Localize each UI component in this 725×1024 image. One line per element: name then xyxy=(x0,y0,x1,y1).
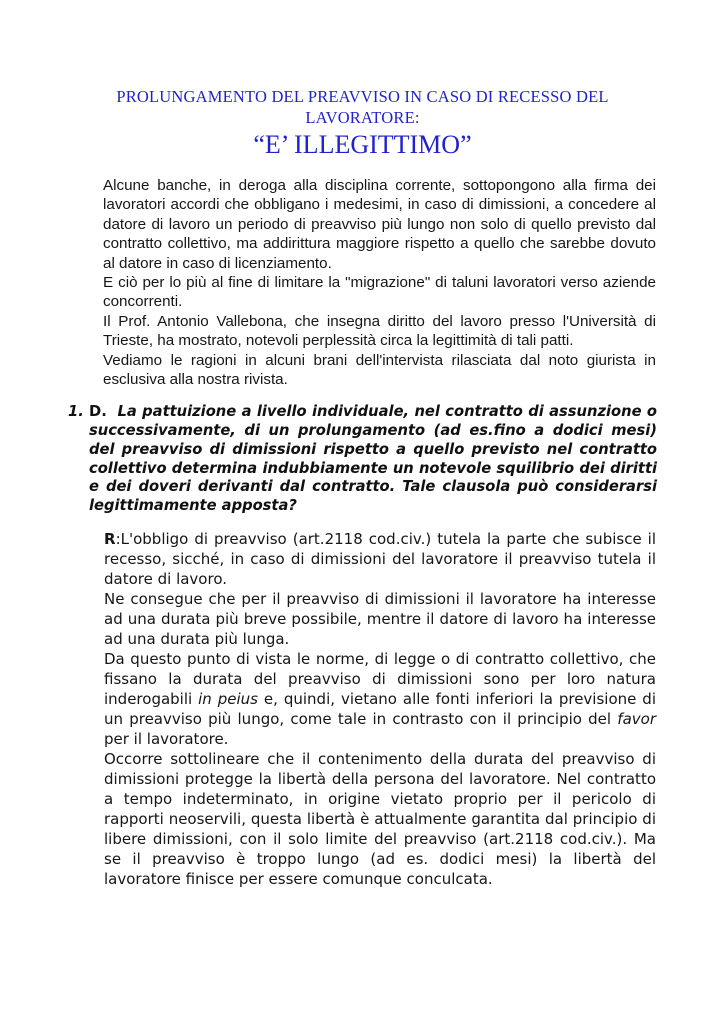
text-run: Vediamo le ragioni in alcuni brani dell'… xyxy=(103,352,656,388)
text-run: R xyxy=(104,530,116,548)
title-line-2: LAVORATORE: xyxy=(0,107,725,128)
text-run: Il Prof. Antonio Vallebona, che insegna … xyxy=(103,313,656,349)
paragraph: R:L'obbligo di preavviso (art.2118 cod.c… xyxy=(104,529,656,589)
paragraph: Vediamo le ragioni in alcuni brani dell'… xyxy=(103,351,656,390)
paragraph: E ciò per lo più al fine di limitare la … xyxy=(103,273,656,312)
paragraph: Ne consegue che per il preavviso di dimi… xyxy=(104,589,656,649)
question-label: D. xyxy=(89,403,107,420)
document-page: PROLUNGAMENTO DEL PREAVVISO IN CASO DI R… xyxy=(0,0,725,1024)
text-run: :L'obbligo di preavviso (art.2118 cod.ci… xyxy=(104,530,656,588)
question-body: La pattuizione a livello individuale, ne… xyxy=(89,403,657,514)
text-run: per il lavoratore. xyxy=(104,730,228,748)
paragraph: Da questo punto di vista le norme, di le… xyxy=(104,649,656,749)
paragraph: Il Prof. Antonio Vallebona, che insegna … xyxy=(103,312,656,351)
document-title: PROLUNGAMENTO DEL PREAVVISO IN CASO DI R… xyxy=(0,86,725,159)
answer-section: R:L'obbligo di preavviso (art.2118 cod.c… xyxy=(104,529,656,889)
text-run: E ciò per lo più al fine di limitare la … xyxy=(103,274,656,310)
title-emphasis: “E’ ILLEGITTIMO” xyxy=(0,130,725,159)
text-run: in peius xyxy=(198,690,258,708)
paragraph: Occorre sottolineare che il contenimento… xyxy=(104,749,656,889)
question-text: D. La pattuizione a livello individuale,… xyxy=(89,403,657,515)
intro-section: Alcune banche, in deroga alla disciplina… xyxy=(103,176,656,389)
title-line-1: PROLUNGAMENTO DEL PREAVVISO IN CASO DI R… xyxy=(0,86,725,107)
question-section: 1. D. La pattuizione a livello individua… xyxy=(68,403,657,515)
text-run: Alcune banche, in deroga alla disciplina… xyxy=(103,177,656,272)
text-run: Ne consegue che per il preavviso di dimi… xyxy=(104,590,656,648)
text-run: Occorre sottolineare che il contenimento… xyxy=(104,750,656,888)
paragraph: Alcune banche, in deroga alla disciplina… xyxy=(103,176,656,273)
question-number: 1. xyxy=(68,403,89,515)
text-run: favor xyxy=(617,710,656,728)
